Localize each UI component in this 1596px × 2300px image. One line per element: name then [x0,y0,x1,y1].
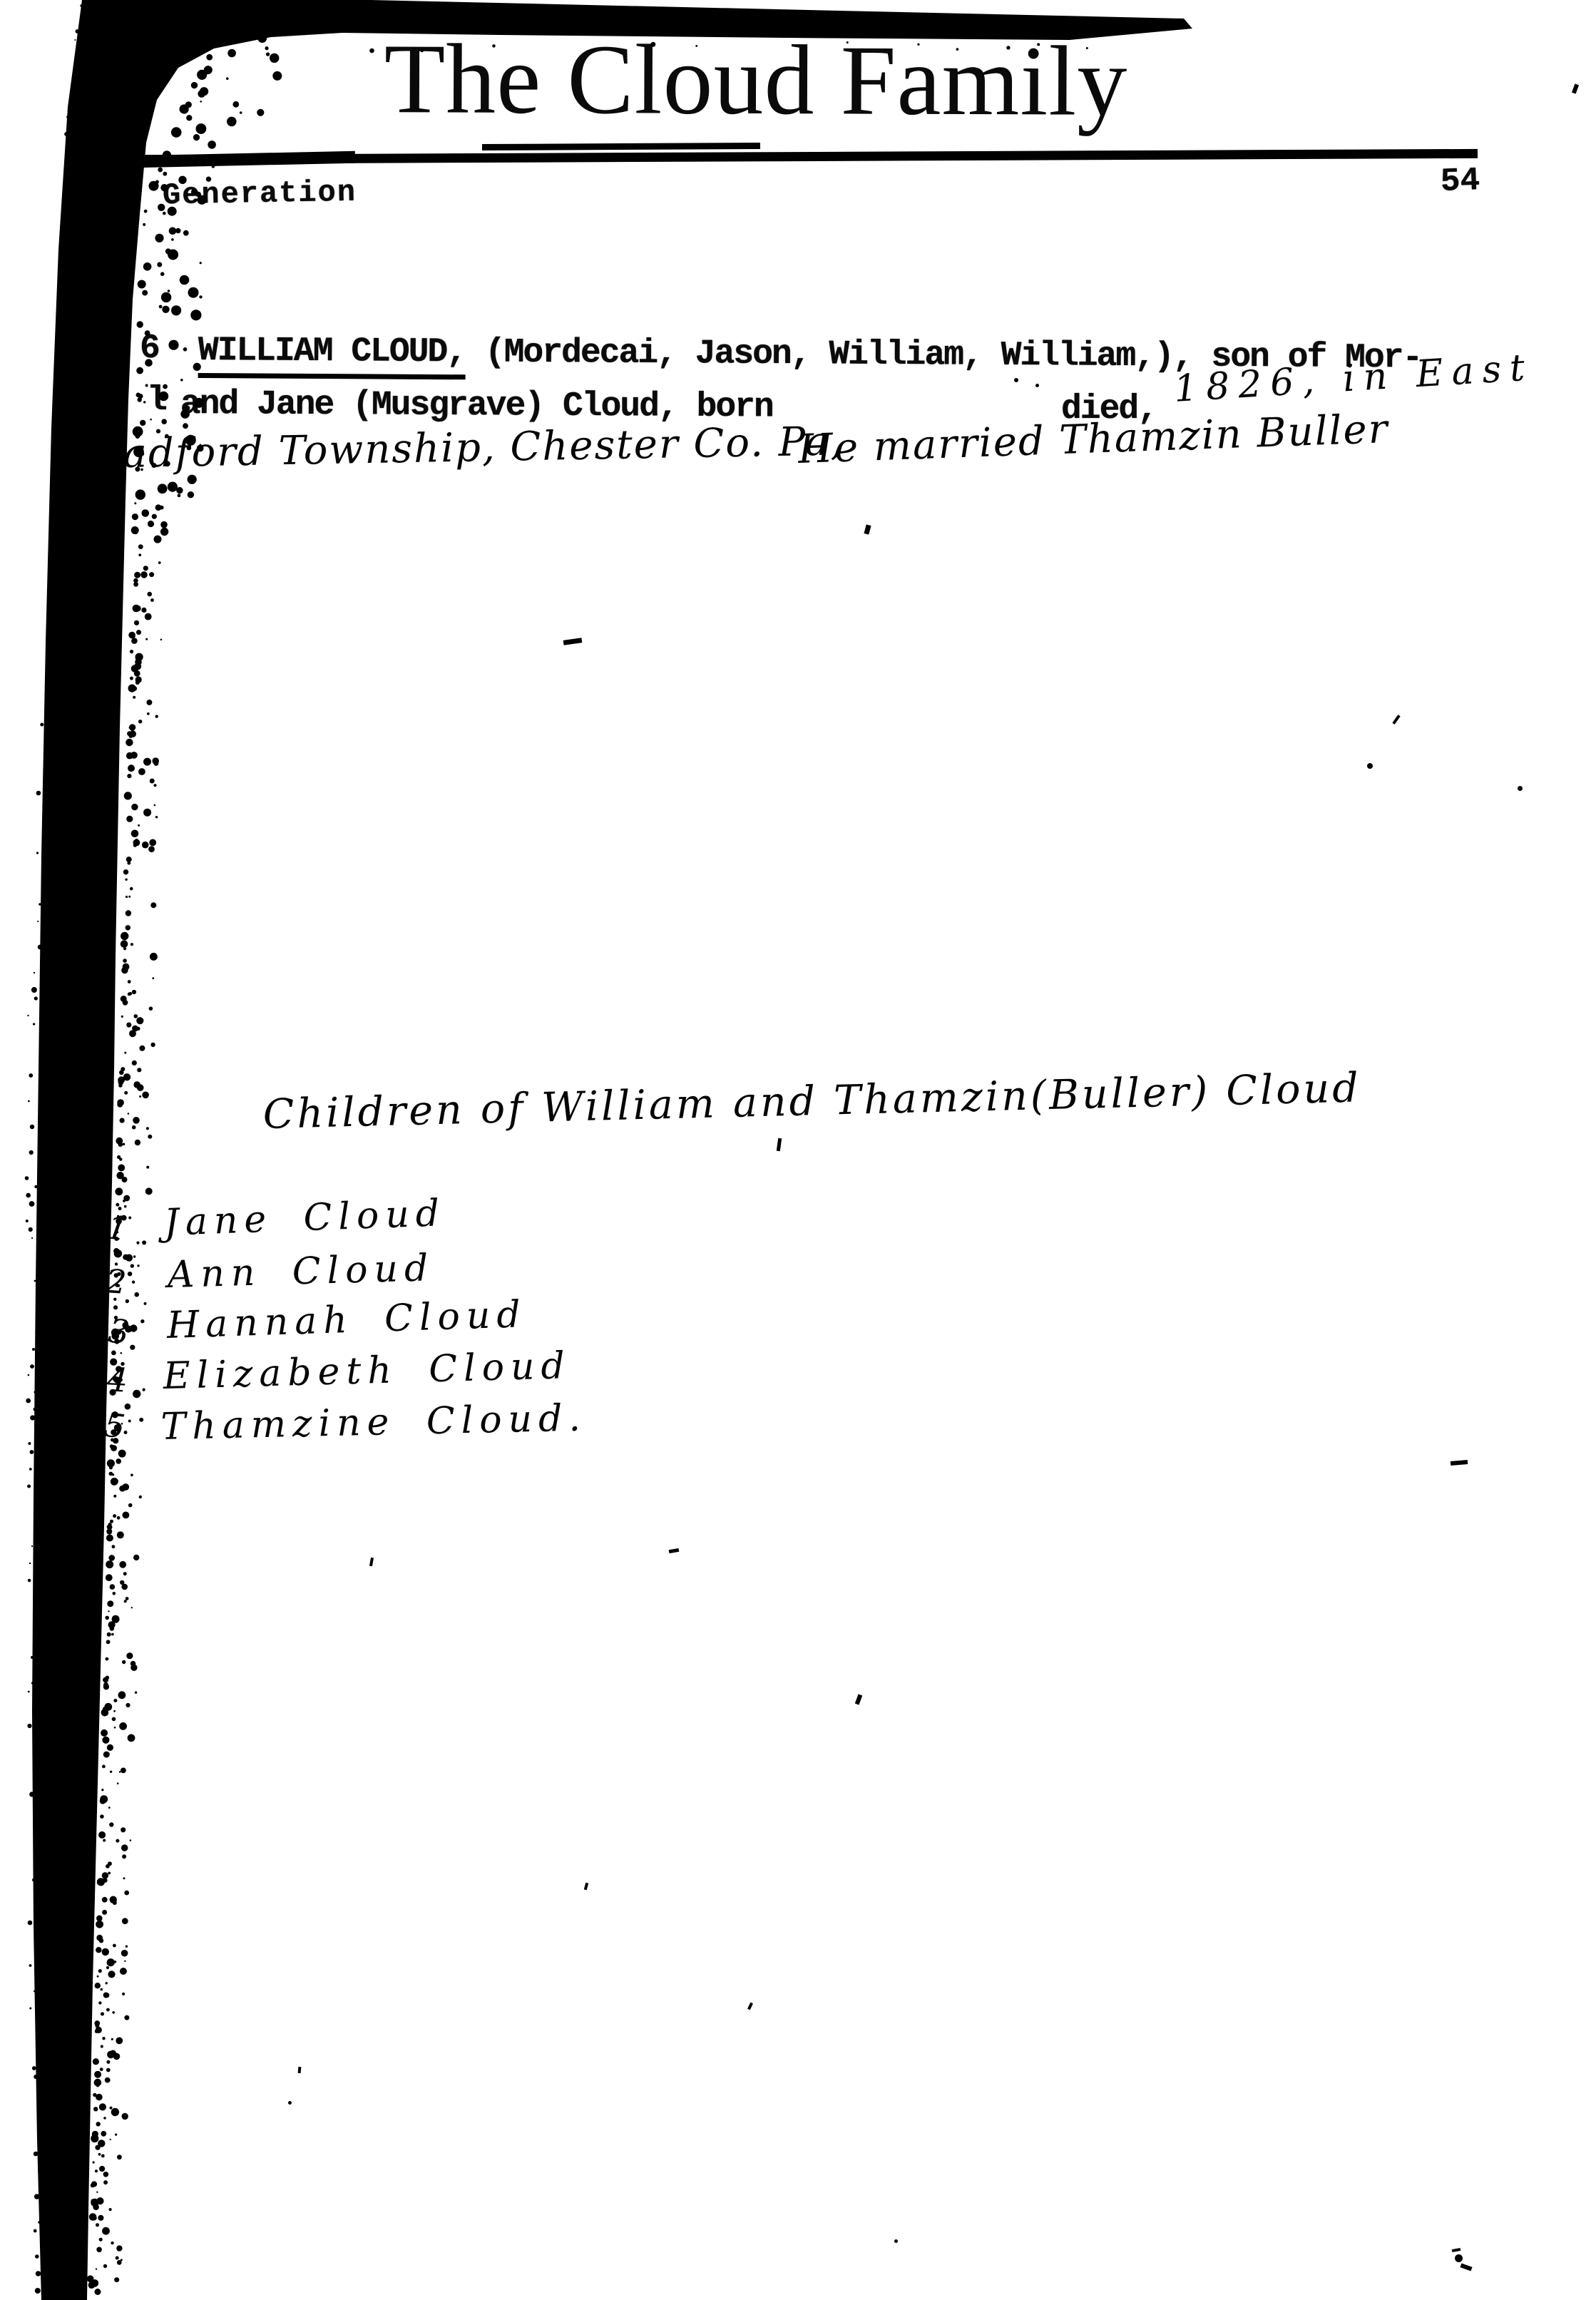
scan-border-artifact [0,0,1596,2300]
scanned-document-page: The Cloud Family Generation 54 6 l WILLI… [0,0,1596,2300]
scan-edge-speckles [25,4,1088,2295]
scan-border-shape [32,0,1192,2300]
